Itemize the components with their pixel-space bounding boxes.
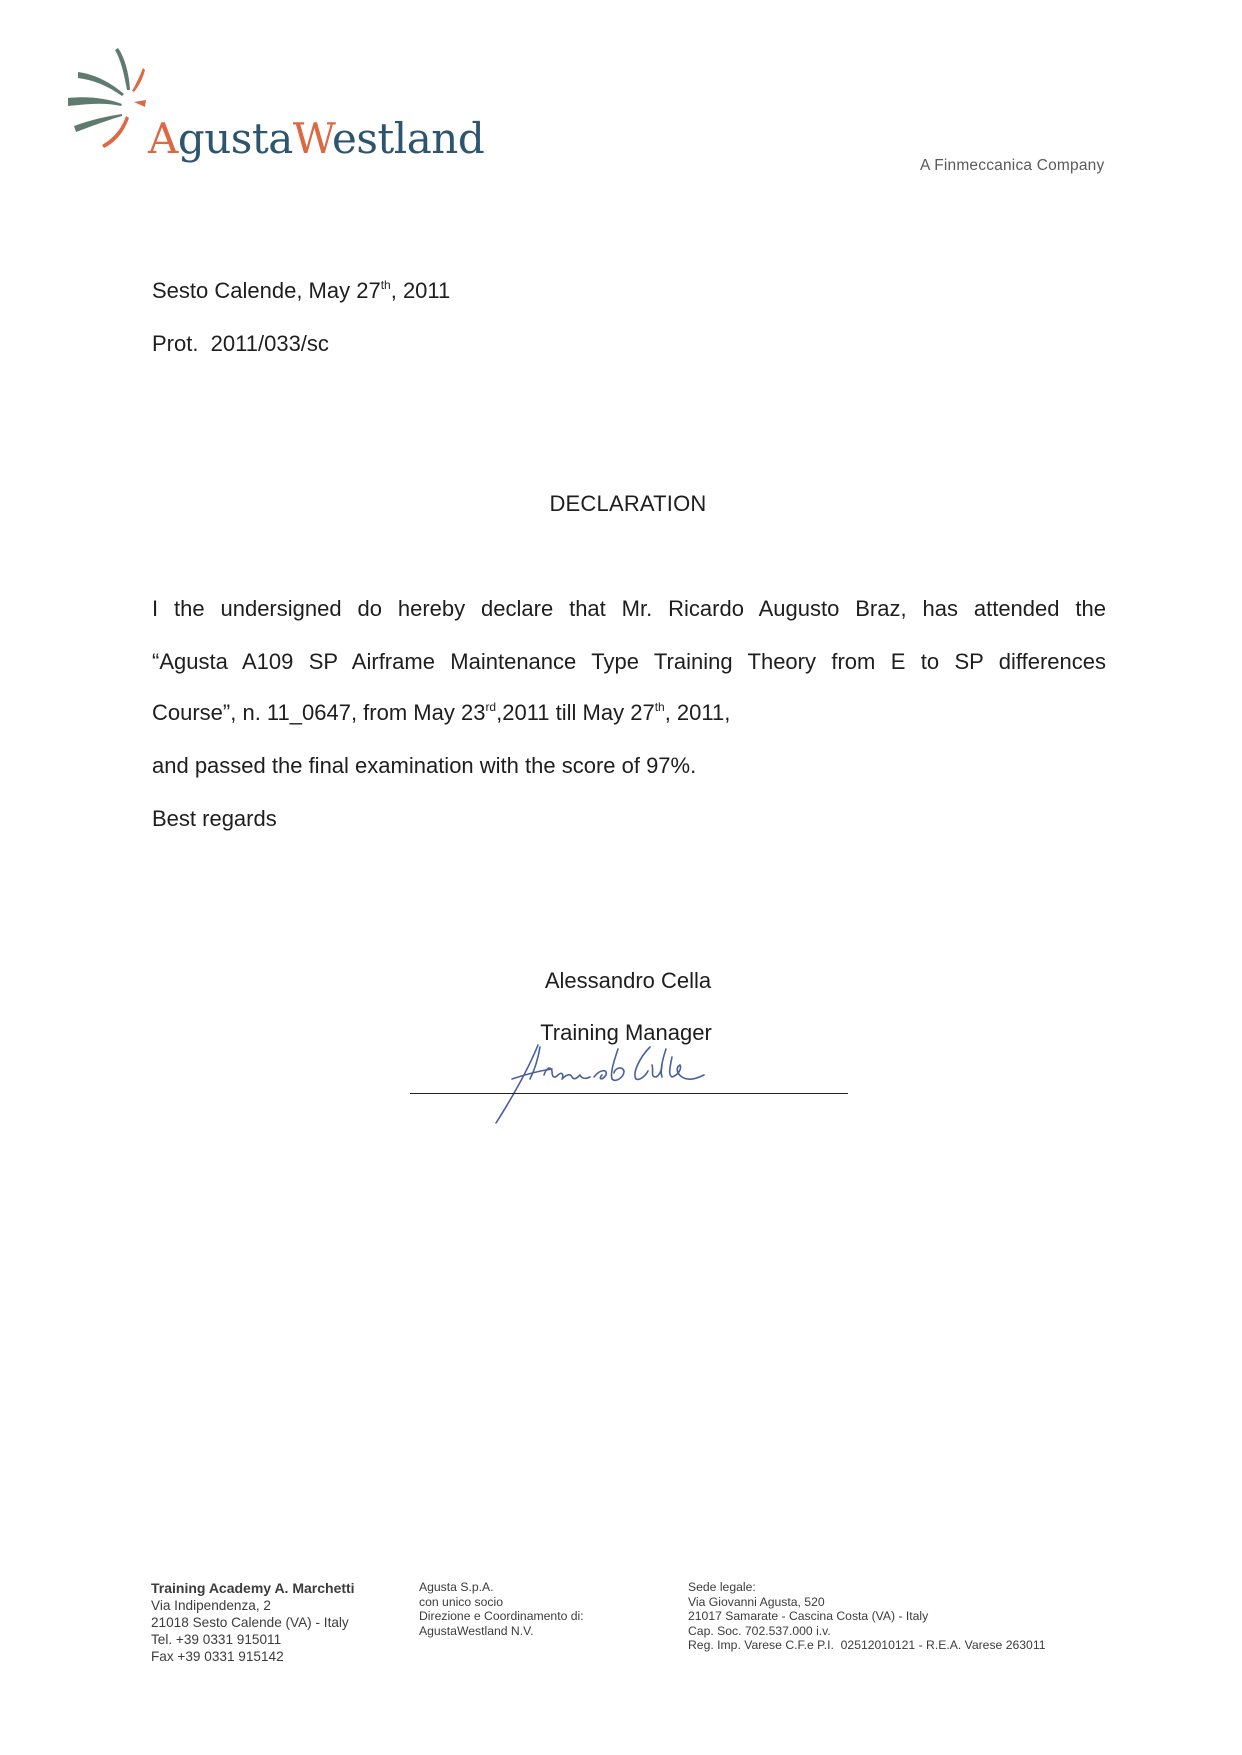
signature-line bbox=[410, 1093, 848, 1094]
footer-office-line: Sede legale: bbox=[688, 1580, 1045, 1595]
body-line-1: I the undersigned do hereby declare that… bbox=[152, 596, 1106, 622]
date-year: , 2011 bbox=[391, 278, 451, 303]
ordinal-th: th bbox=[655, 700, 665, 714]
body-line-4-score: and passed the final examination with th… bbox=[152, 753, 696, 779]
footer-academy-fax: Fax +39 0331 915142 bbox=[151, 1648, 355, 1665]
footer-company-line: Agusta S.p.A. bbox=[419, 1580, 584, 1595]
handwritten-signature-icon bbox=[490, 1035, 770, 1125]
protocol-number: Prot. 2011/033/sc bbox=[152, 331, 329, 357]
brand-wordmark: AgustaWestland bbox=[148, 118, 484, 160]
ordinal-rd: rd bbox=[485, 700, 496, 714]
date-range-text: ,2011 till May 27 bbox=[496, 700, 655, 725]
footer-company-line: con unico socio bbox=[419, 1595, 584, 1610]
end-year-text: , 2011, bbox=[665, 700, 731, 725]
closing-salutation: Best regards bbox=[152, 806, 277, 832]
body-line-3: Course”, n. 11_0647, from May 23rd,2011 … bbox=[152, 700, 730, 726]
footer-office-line: 21017 Samarate - Cascina Costa (VA) - It… bbox=[688, 1609, 1045, 1624]
wordmark-gusta: gusta bbox=[178, 114, 293, 163]
footer-company-line: AgustaWestland N.V. bbox=[419, 1624, 584, 1639]
footer-academy-phone: Tel. +39 0331 915011 bbox=[151, 1631, 355, 1648]
signer-name: Alessandro Cella bbox=[0, 968, 1242, 994]
place-date-text: Sesto Calende, May 27 bbox=[152, 278, 381, 303]
footer-training-academy: Training Academy A. Marchetti Via Indipe… bbox=[151, 1580, 355, 1665]
footer-company-line: Direzione e Coordinamento di: bbox=[419, 1609, 584, 1624]
course-number-text: Course”, n. 11_0647, from May 23 bbox=[152, 700, 485, 725]
footer-office-line: Cap. Soc. 702.537.000 i.v. bbox=[688, 1624, 1045, 1639]
wordmark-estland: estland bbox=[332, 114, 484, 163]
company-tagline: A Finmeccanica Company bbox=[920, 157, 1104, 175]
footer-company-info: Agusta S.p.A. con unico socio Direzione … bbox=[419, 1580, 584, 1638]
footer-academy-address: Via Indipendenza, 2 bbox=[151, 1597, 355, 1614]
footer-office-line: Reg. Imp. Varese C.F.e P.I. 02512010121 … bbox=[688, 1638, 1045, 1653]
footer-office-line: Via Giovanni Agusta, 520 bbox=[688, 1595, 1045, 1610]
footer-academy-city: 21018 Sesto Calende (VA) - Italy bbox=[151, 1614, 355, 1631]
wordmark-a: A bbox=[148, 114, 178, 163]
document-title: DECLARATION bbox=[0, 491, 1242, 517]
footer-academy-name: Training Academy A. Marchetti bbox=[151, 1580, 355, 1597]
place-date: Sesto Calende, May 27th, 2011 bbox=[152, 278, 450, 304]
date-ordinal: th bbox=[381, 278, 391, 292]
footer-registered-office: Sede legale: Via Giovanni Agusta, 520 21… bbox=[688, 1580, 1045, 1653]
body-line-2: “Agusta A109 SP Airframe Maintenance Typ… bbox=[152, 649, 1106, 675]
wordmark-w: W bbox=[293, 114, 332, 163]
